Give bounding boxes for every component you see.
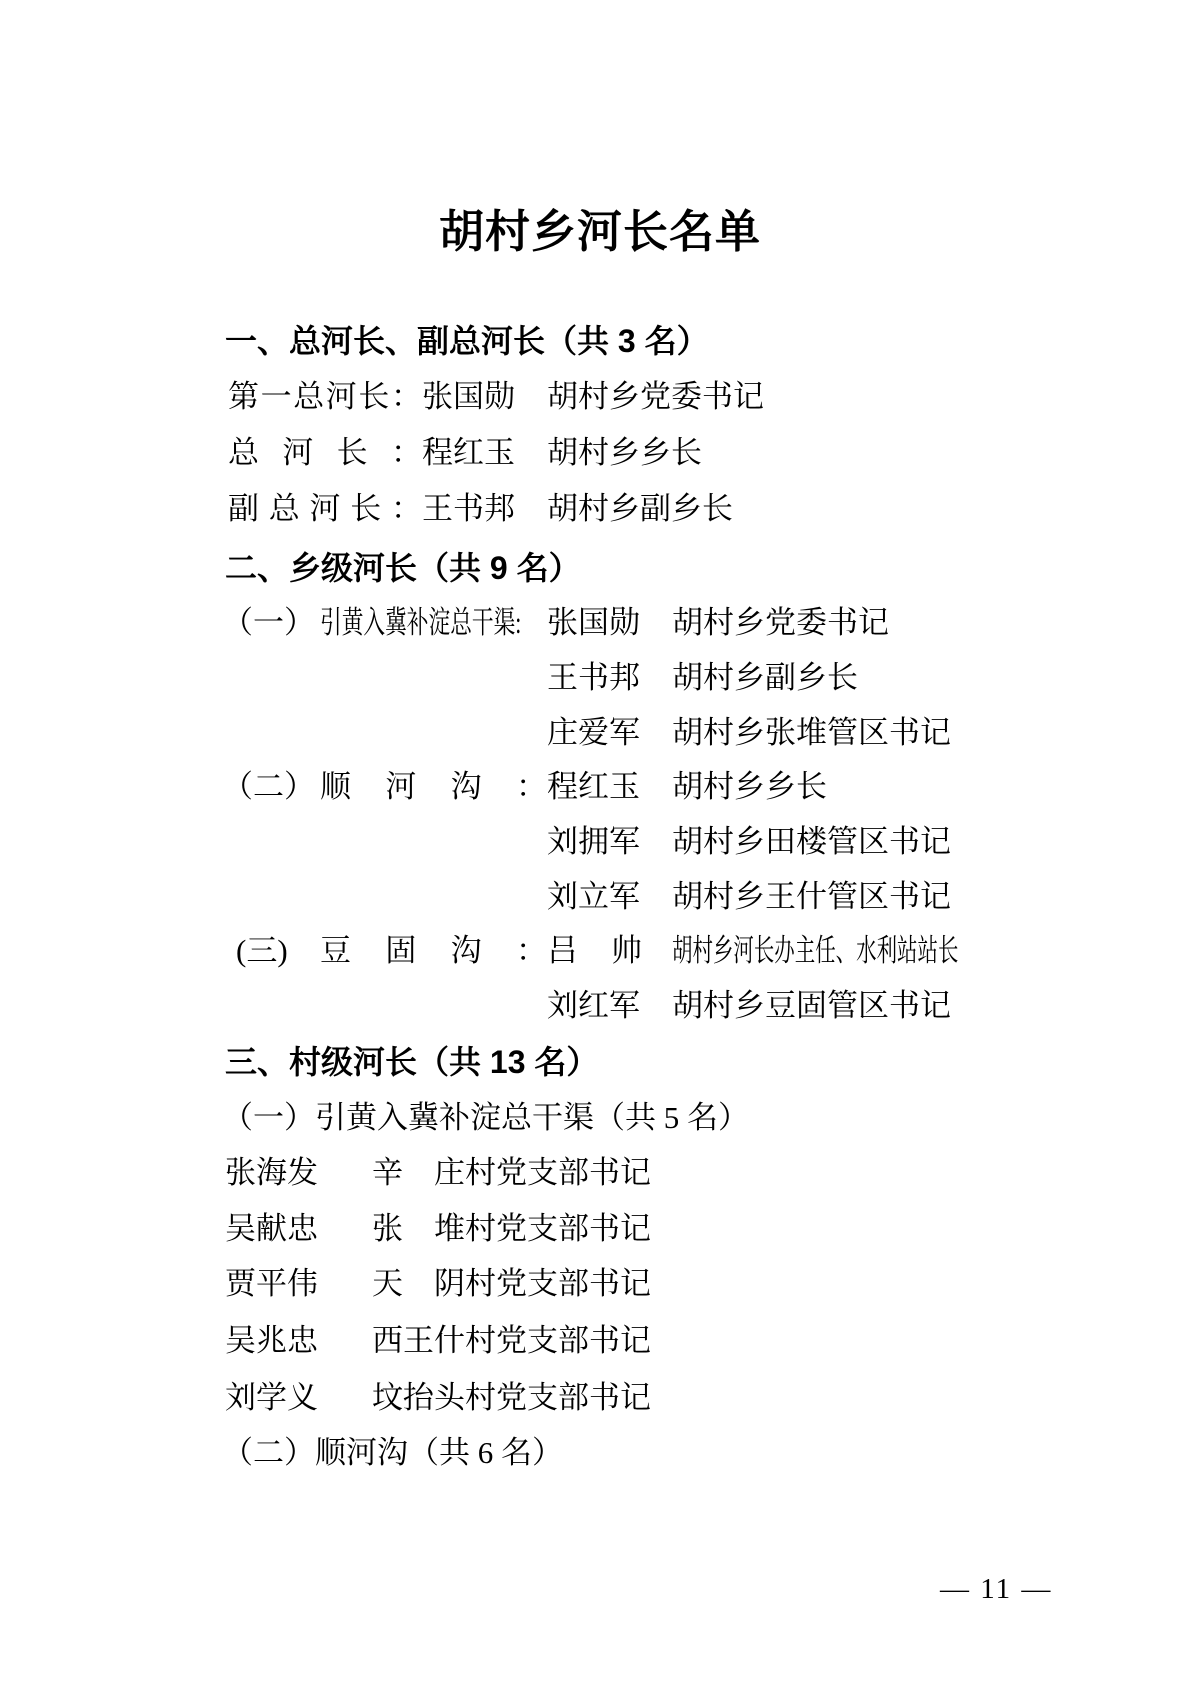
- village-name: 辛庄: [372, 1155, 465, 1191]
- village-row: 吴兆忠 西王什 村党支部书记: [225, 1323, 651, 1359]
- chief-name: 张海发: [225, 1155, 372, 1191]
- river-row: （一） 引黄入冀补淀总干渠: 张国勋 胡村乡党委书记: [222, 605, 889, 641]
- chief-title: 村党支部书记: [465, 1155, 651, 1191]
- subsection2-heading: （二）顺河沟（共 6 名）: [222, 1435, 563, 1471]
- chief-title: 胡村乡党委书记: [672, 605, 889, 641]
- chief-title: 胡村乡田楼管区书记: [672, 824, 951, 860]
- chief-title: 胡村乡豆固管区书记: [672, 988, 951, 1024]
- chief-title: 胡村乡党委书记: [547, 379, 764, 415]
- page-number: — 11 —: [940, 1572, 1052, 1606]
- village-row: 刘学义 坟抬头 村党支部书记: [225, 1380, 651, 1416]
- chief-name: 程红玉: [547, 769, 672, 805]
- chief-label: 第一总河长：: [228, 379, 422, 415]
- chief-title: 胡村乡张堆管区书记: [672, 715, 951, 751]
- village-name: 天阴: [372, 1266, 465, 1302]
- chief-name: 吴兆忠: [225, 1323, 372, 1359]
- chief-name: 刘红军: [547, 988, 672, 1024]
- village-name: 张堆: [372, 1211, 465, 1247]
- village-name: 西王什: [372, 1323, 465, 1359]
- item-index: （二）: [222, 769, 320, 805]
- river-row: （二） 顺河沟： 程红玉 胡村乡乡长: [222, 769, 827, 805]
- chief-name: 刘学义: [225, 1380, 372, 1416]
- river-name: 豆固沟：: [320, 933, 547, 969]
- chief-title: 胡村乡乡长: [547, 435, 702, 471]
- chief-name: 王书邦: [422, 491, 547, 527]
- village-row: 吴献忠 张堆 村党支部书记: [225, 1211, 651, 1247]
- chief-name: 吕帅: [547, 933, 672, 969]
- section1-heading: 一、总河长、副总河长（共 3 名）: [225, 323, 709, 359]
- chief-title: 胡村乡王什管区书记: [672, 879, 951, 915]
- subsection1-heading: （一）引黄入冀补淀总干渠（共 5 名）: [222, 1100, 749, 1136]
- section2-heading: 二、乡级河长（共 9 名）: [225, 550, 581, 586]
- chief-title: 村党支部书记: [465, 1323, 651, 1359]
- river-row-cont: 王书邦 胡村乡副乡长: [547, 660, 858, 696]
- river-row-cont: 庄爱军 胡村乡张堆管区书记: [547, 715, 951, 751]
- document-title: 胡村乡河长名单: [0, 206, 1200, 258]
- river-row-cont: 刘立军 胡村乡王什管区书记: [547, 879, 951, 915]
- village-row: 贾平伟 天阴 村党支部书记: [225, 1266, 651, 1302]
- chief-title: 村党支部书记: [465, 1380, 651, 1416]
- chief-title: 胡村乡河长办主任、水利站站长: [672, 933, 1106, 969]
- chief-title: 村党支部书记: [465, 1266, 651, 1302]
- chief-name: 吴献忠: [225, 1211, 372, 1247]
- chief-name: 张国勋: [422, 379, 547, 415]
- chief-name: 刘立军: [547, 879, 672, 915]
- village-name: 坟抬头: [372, 1380, 465, 1416]
- chief-name: 张国勋: [547, 605, 672, 641]
- chief-name: 王书邦: [547, 660, 672, 696]
- chief-label: 总河长：: [228, 435, 422, 471]
- chief-label: 副总河长：: [228, 491, 422, 527]
- river-row-cont: 刘拥军 胡村乡田楼管区书记: [547, 824, 951, 860]
- river-row: (三) 豆固沟： 吕帅 胡村乡河长办主任、水利站站长: [222, 933, 1106, 969]
- chief-name: 刘拥军: [547, 824, 672, 860]
- chief-row: 副总河长： 王书邦 胡村乡副乡长: [228, 491, 733, 527]
- chief-row: 总河长： 程红玉 胡村乡乡长: [228, 435, 702, 471]
- chief-title: 胡村乡副乡长: [672, 660, 858, 696]
- item-index: (三): [222, 933, 320, 969]
- river-name: 顺河沟：: [320, 769, 547, 805]
- chief-name: 贾平伟: [225, 1266, 372, 1302]
- village-row: 张海发 辛庄 村党支部书记: [225, 1155, 651, 1191]
- chief-title: 胡村乡副乡长: [547, 491, 733, 527]
- chief-title: 胡村乡乡长: [672, 769, 827, 805]
- section3-heading: 三、村级河长（共 13 名）: [225, 1044, 598, 1080]
- chief-name: 庄爱军: [547, 715, 672, 751]
- chief-name: 程红玉: [422, 435, 547, 471]
- river-name: 引黄入冀补淀总干渠:: [320, 605, 547, 641]
- chief-title: 村党支部书记: [465, 1211, 651, 1247]
- document-page: 胡村乡河长名单 一、总河长、副总河长（共 3 名） 第一总河长： 张国勋 胡村乡…: [0, 0, 1200, 1697]
- chief-row: 第一总河长： 张国勋 胡村乡党委书记: [228, 379, 764, 415]
- item-index: （一）: [222, 605, 320, 641]
- river-row-cont: 刘红军 胡村乡豆固管区书记: [547, 988, 951, 1024]
